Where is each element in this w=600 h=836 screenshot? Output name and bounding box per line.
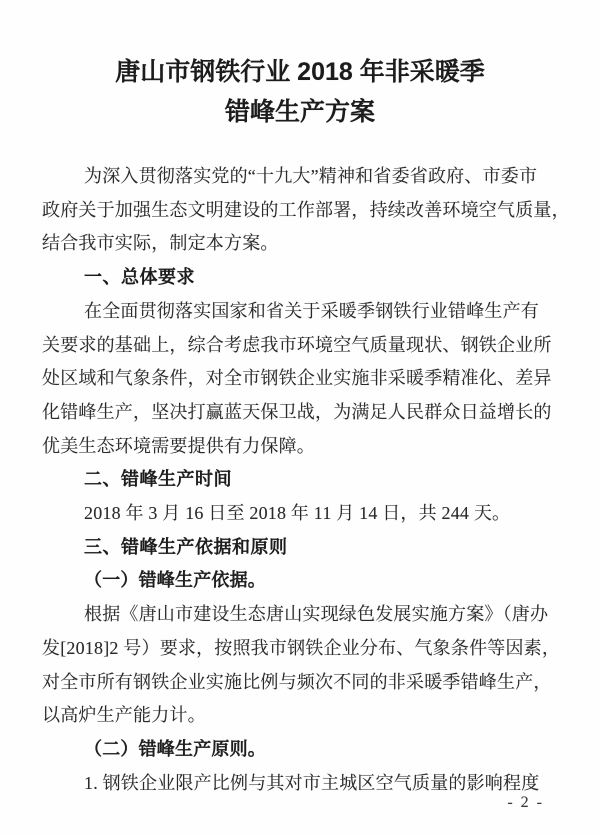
section1-line: 在全面贯彻落实国家和省关于采暖季钢铁行业错峰生产有 bbox=[42, 295, 560, 329]
title-line-2: 错峰生产方案 bbox=[0, 92, 600, 132]
section1-heading: 一、总体要求 bbox=[42, 261, 560, 295]
document-body: 为深入贯彻落实党的“十九大”精神和省委省政府、市委市 政府关于加强生态文明建设的… bbox=[42, 160, 560, 800]
section3-sub1-line: 根据《唐山市建设生态唐山实现绿色发展实施方案》（唐办 bbox=[42, 598, 560, 632]
section3-heading: 三、错峰生产依据和原则 bbox=[42, 531, 560, 565]
section3-sub1-line: 以高炉生产能力计。 bbox=[42, 699, 560, 733]
page-number: - 2 - bbox=[507, 794, 544, 812]
section3-sub1-line: 发[2018]2 号）要求，按照我市钢铁企业分布、气象条件等因素， bbox=[42, 632, 560, 666]
section2-heading: 二、错峰生产时间 bbox=[42, 463, 560, 497]
section1-line: 化错峰生产，坚决打赢蓝天保卫战，为满足人民群众日益增长的 bbox=[42, 396, 560, 430]
section2-line: 2018 年 3 月 16 日至 2018 年 11 月 14 日，共 244 … bbox=[42, 497, 560, 531]
section1-line: 优美生态环境需要提供有力保障。 bbox=[42, 430, 560, 464]
section3-sub2-heading: （二）错峰生产原则。 bbox=[42, 733, 560, 767]
section3-sub2-line: 1. 钢铁企业限产比例与其对市主城区空气质量的影响程度 bbox=[42, 767, 560, 801]
intro-line: 结合我市实际，制定本方案。 bbox=[42, 227, 560, 261]
document-page: 唐山市钢铁行业 2018 年非采暖季 错峰生产方案 为深入贯彻落实党的“十九大”… bbox=[0, 0, 600, 836]
intro-line: 为深入贯彻落实党的“十九大”精神和省委省政府、市委市 bbox=[42, 160, 560, 194]
section3-sub1-heading: （一）错峰生产依据。 bbox=[42, 564, 560, 598]
section1-line: 关要求的基础上，综合考虑我市环境空气质量现状、钢铁企业所 bbox=[42, 329, 560, 363]
title-line-1: 唐山市钢铁行业 2018 年非采暖季 bbox=[0, 52, 600, 92]
section1-line: 处区域和气象条件，对全市钢铁企业实施非采暖季精准化、差异 bbox=[42, 362, 560, 396]
intro-line: 政府关于加强生态文明建设的工作部署，持续改善环境空气质量， bbox=[42, 194, 560, 228]
section3-sub1-line: 对全市所有钢铁企业实施比例与频次不同的非采暖季错峰生产， bbox=[42, 666, 560, 700]
document-title: 唐山市钢铁行业 2018 年非采暖季 错峰生产方案 bbox=[0, 52, 600, 132]
